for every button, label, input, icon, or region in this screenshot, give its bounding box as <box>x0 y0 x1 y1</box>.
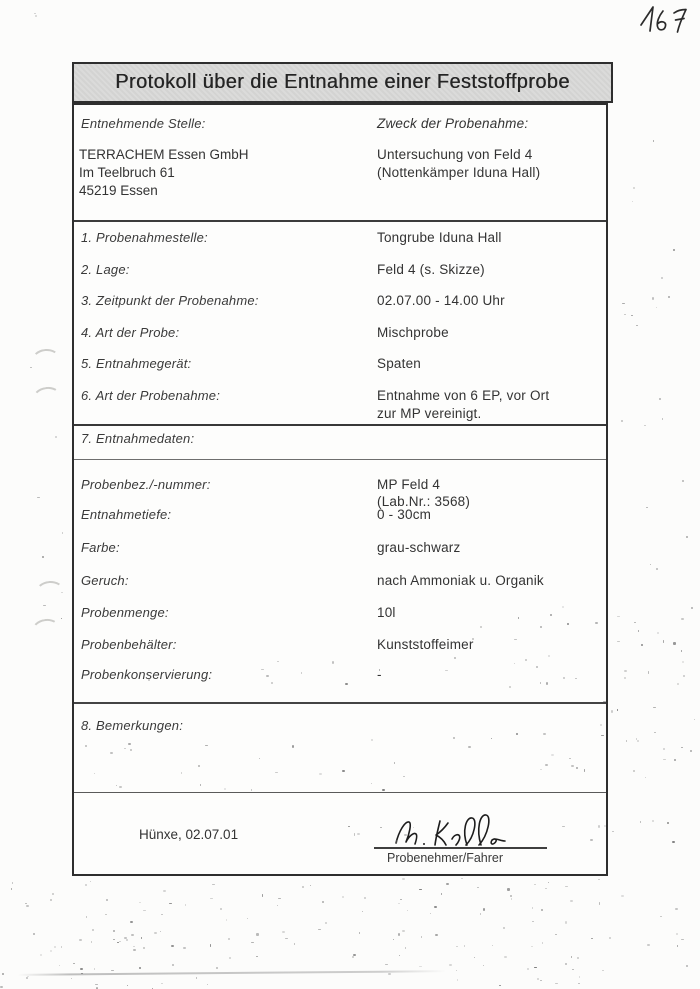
punch-hole-shadow <box>31 617 62 642</box>
handwritten-page-number <box>638 3 696 37</box>
probenbez-label: Probenbez./-nummer: <box>81 477 211 492</box>
farbe-label: Farbe: <box>81 540 120 555</box>
punch-hole-shadow <box>35 580 64 603</box>
punch-hole-shadow <box>32 385 63 410</box>
section-divider <box>74 424 606 426</box>
geruch-label: Geruch: <box>81 573 129 588</box>
section-divider <box>74 220 606 222</box>
label-zweck-der-probenahme: Zweck der Probenahme: <box>377 116 528 131</box>
item-6-value-line-2: zur MP vereinigt. <box>377 406 481 421</box>
form-body: Entnehmende Stelle: Zweck der Probenahme… <box>72 103 608 876</box>
punch-hole-shadow <box>31 348 61 371</box>
entnahmetiefe-label: Entnahmetiefe: <box>81 507 171 522</box>
handwritten-signature <box>382 799 542 851</box>
signature-caption: Probenehmer/Fahrer <box>387 851 503 865</box>
probenmenge-label: Probenmenge: <box>81 605 169 620</box>
probenmenge-value: 10l <box>377 605 396 620</box>
farbe-value: grau-schwarz <box>377 540 460 555</box>
item-4-label: 4. Art der Probe: <box>81 325 179 340</box>
company-city: 45219 Essen <box>79 183 158 198</box>
scan-scratch-line <box>18 970 446 976</box>
section-divider <box>74 459 606 460</box>
scanned-document-page: Protokoll über die Entnahme einer Festst… <box>0 0 700 989</box>
item-5-label: 5. Entnahmegerät: <box>81 356 191 371</box>
section-divider <box>74 702 606 704</box>
item-3-label: 3. Zeitpunkt der Probenahme: <box>81 293 259 308</box>
section-7-heading: 7. Entnahmedaten: <box>81 431 194 446</box>
entnahmetiefe-value: 0 - 30cm <box>377 507 431 522</box>
item-2-value: Feld 4 (s. Skizze) <box>377 262 485 277</box>
place-and-date: Hünxe, 02.07.01 <box>139 827 238 842</box>
form-title-bar: Protokoll über die Entnahme einer Festst… <box>72 62 613 103</box>
section-divider <box>74 792 606 793</box>
form-title: Protokoll über die Entnahme einer Festst… <box>74 64 611 101</box>
item-1-label: 1. Probenahmestelle: <box>81 230 208 245</box>
probenkonservierung-value: - <box>377 667 382 682</box>
item-4-value: Mischprobe <box>377 325 449 340</box>
company-name: TERRACHEM Essen GmbH <box>79 147 249 162</box>
label-entnehmende-stelle: Entnehmende Stelle: <box>81 116 206 131</box>
company-street: Im Teelbruch 61 <box>79 165 175 180</box>
signature-line <box>374 847 547 849</box>
probenbehaelter-label: Probenbehälter: <box>81 637 177 652</box>
item-2-label: 2. Lage: <box>81 262 130 277</box>
section-8-heading: 8. Bemerkungen: <box>81 718 183 733</box>
probenkonservierung-label: Probenkonservierung: <box>81 667 212 682</box>
probenbehaelter-value: Kunststoffeimer <box>377 637 474 652</box>
item-1-value: Tongrube Iduna Hall <box>377 230 502 245</box>
item-6-label: 6. Art der Probenahme: <box>81 388 220 403</box>
purpose-line-1: Untersuchung von Feld 4 <box>377 147 532 162</box>
probenbez-value: MP Feld 4 <box>377 477 440 492</box>
purpose-line-2: (Nottenkämper Iduna Hall) <box>377 165 540 180</box>
geruch-value: nach Ammoniak u. Organik <box>377 573 544 588</box>
item-3-value: 02.07.00 - 14.00 Uhr <box>377 293 505 308</box>
item-6-value-line-1: Entnahme von 6 EP, vor Ort <box>377 388 549 403</box>
item-5-value: Spaten <box>377 356 421 371</box>
